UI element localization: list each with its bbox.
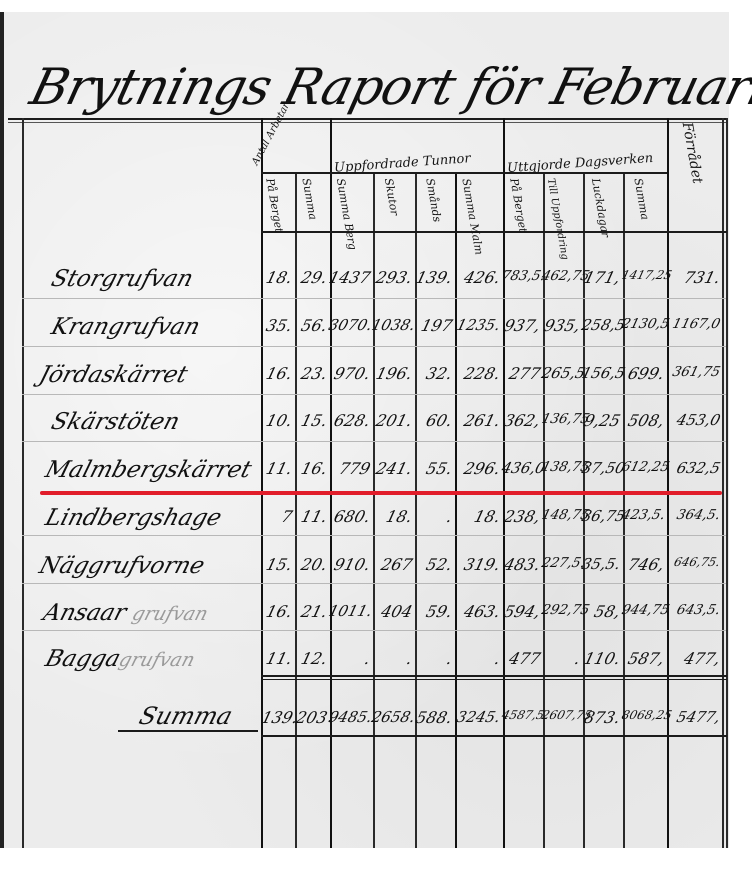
ledger-cell-pa_berget: 139. xyxy=(260,708,295,727)
row-label-ansaar: Ansaar grufvan xyxy=(40,600,211,626)
highlight-underline xyxy=(40,491,722,495)
ledger-cell-skutor: 1038. xyxy=(370,316,414,334)
row-guide xyxy=(22,630,726,631)
column-line xyxy=(667,118,669,848)
ledger-cell-forradet: 361,75 xyxy=(664,364,722,380)
ledger-cell-summa_arbetare: 12. xyxy=(292,649,330,668)
ledger-cell-uppfordring: 462,75 xyxy=(540,268,582,284)
ledger-cell-luckdagar: 873. xyxy=(580,708,623,727)
ledger-cell-forradet: 364,5. xyxy=(664,507,722,523)
ledger-cell-uppfordring: 136,75 xyxy=(540,411,582,427)
ledger-cell-dv_summa: 746, xyxy=(620,555,667,574)
ledger-cell-dv_pa_berget: 238, xyxy=(500,507,543,526)
ledger-cell-pa_berget: 35. xyxy=(260,316,295,335)
ledger-cell-dv_summa: 2130,5 xyxy=(620,316,666,332)
ledger-cell-pa_berget: 7 xyxy=(260,507,295,526)
ledger-cell-smands: 139. xyxy=(412,268,455,287)
row-label-summa: Summa xyxy=(136,702,236,730)
ledger-cell-dv_pa_berget: 4587,5. xyxy=(500,708,541,722)
ledger-cell-forradet: 477, xyxy=(664,649,723,668)
ledger-cell-malm: 426. xyxy=(452,268,503,287)
column-line xyxy=(261,118,263,848)
ledger-cell-malm: 296. xyxy=(452,459,503,478)
ledger-cell-uppfordring: 148,75 xyxy=(540,507,582,523)
title-rule-secondary xyxy=(8,122,728,123)
ledger-cell-malm: 18. xyxy=(452,507,503,526)
row-guide xyxy=(22,346,726,347)
ledger-cell-forradet: 731. xyxy=(664,268,723,287)
ledger-cell-skutor: 201. xyxy=(370,411,415,430)
ledger-cell-skutor: 404 xyxy=(370,602,415,621)
column-line xyxy=(503,118,505,848)
ledger-cell-dv_summa: 699. xyxy=(620,364,667,383)
total-rule-bottom xyxy=(261,735,727,737)
ledger-cell-pa_berget: 11. xyxy=(260,649,295,668)
ledger-cell-summa_arbetare: 15. xyxy=(292,411,330,430)
ledger-cell-dv_summa: 944,75 xyxy=(620,602,666,618)
ledger-cell-dv_pa_berget: 483. xyxy=(500,555,543,574)
ledger-cell-uppfordring: 227,5. xyxy=(540,555,582,571)
ledger-cell-malm: 3245. xyxy=(452,708,502,726)
ledger-cell-berg: 680. xyxy=(327,507,373,526)
row-guide xyxy=(22,583,726,584)
ledger-cell-luckdagar: 35,5. xyxy=(580,555,622,573)
header-bottom-rule xyxy=(261,231,727,233)
frame-right-line xyxy=(726,118,728,848)
ledger-cell-uppfordring: 2607,75 xyxy=(540,708,581,722)
ledger-cell-dv_pa_berget: 783,5. xyxy=(500,268,542,284)
ledger-cell-smands: . xyxy=(412,507,455,526)
ledger-cell-berg: 1011. xyxy=(327,602,372,620)
ledger-cell-skutor: 293. xyxy=(370,268,415,287)
ledger-cell-berg: 3070. xyxy=(327,316,372,334)
ledger-cell-forradet: 1167,0 xyxy=(664,316,722,332)
ledger-cell-uppfordring: 265,5 xyxy=(540,364,582,382)
ledger-cell-berg: 9485. xyxy=(327,708,372,726)
row-guide xyxy=(22,394,726,395)
row-label-lindbergshage: Lindbergshage xyxy=(42,505,224,531)
ledger-cell-dv_pa_berget: 277 xyxy=(500,364,543,383)
row-label-jordaskarret: Jördaskärret xyxy=(36,362,190,388)
ledger-cell-dv_pa_berget: 594, xyxy=(500,602,543,621)
ledger-cell-uppfordring: 292,75 xyxy=(540,602,582,618)
ledger-cell-summa_arbetare: 29. xyxy=(292,268,330,287)
subheader-rule xyxy=(261,172,667,174)
ledger-cell-pa_berget: 18. xyxy=(260,268,295,287)
title-rule xyxy=(8,118,728,120)
ledger-cell-luckdagar: 9,25 xyxy=(580,411,623,430)
ledger-cell-luckdagar: 110. xyxy=(580,649,623,668)
ledger-cell-berg: 1437 xyxy=(327,268,373,287)
ledger-cell-berg: 628. xyxy=(327,411,373,430)
ledger-cell-malm: 319. xyxy=(452,555,503,574)
ledger-cell-smands: 60. xyxy=(412,411,455,430)
ledger-cell-pa_berget: 15. xyxy=(260,555,295,574)
ledger-cell-summa_arbetare: 20. xyxy=(292,555,330,574)
ledger-cell-uppfordring: 138,75 xyxy=(540,459,582,475)
column-line xyxy=(722,118,724,848)
ledger-cell-dv_pa_berget: 937, xyxy=(500,316,543,335)
ledger-cell-forradet: 643,5. xyxy=(664,602,722,618)
ledger-cell-uppfordring: 935, xyxy=(540,316,583,335)
ledger-cell-smands: . xyxy=(412,649,455,668)
ledger-cell-malm: 463. xyxy=(452,602,503,621)
ledger-cell-summa_arbetare: 21. xyxy=(292,602,330,621)
ledger-cell-pa_berget: 16. xyxy=(260,364,295,383)
column-line xyxy=(330,118,332,848)
ledger-cell-smands: 32. xyxy=(412,364,455,383)
ledger-cell-luckdagar: 36,75 xyxy=(580,507,622,525)
ledger-cell-dv_summa: 587, xyxy=(620,649,667,668)
ledger-cell-summa_arbetare: 56. xyxy=(292,316,330,335)
ledger-cell-summa_arbetare: 16. xyxy=(292,459,330,478)
ledger-cell-malm: 261. xyxy=(452,411,503,430)
ledger-cell-dv_pa_berget: 362, xyxy=(500,411,543,430)
row-guide xyxy=(22,298,726,299)
ledger-cell-skutor: . xyxy=(370,649,415,668)
ledger-cell-smands: 59. xyxy=(412,602,455,621)
ledger-cell-berg: 779 xyxy=(327,459,373,478)
row-label-bagga: Baggagrufvan xyxy=(42,646,198,672)
ledger-cell-summa_arbetare: 203 xyxy=(292,708,330,727)
title-text: Brytnings Raport för Februarii Månad 185… xyxy=(25,58,752,116)
row-label-storgrufvan: Storgrufvan xyxy=(48,266,196,292)
ledger-cell-forradet: 646,75. xyxy=(664,555,721,569)
row-label-krangrufvan: Krangrufvan xyxy=(48,314,203,340)
ledger-cell-forradet: 453,0 xyxy=(664,411,722,429)
ledger-cell-berg: 970. xyxy=(327,364,373,383)
row-label-malmbergskarret: Malmbergskärret xyxy=(42,457,254,483)
total-rule-top-secondary xyxy=(261,679,727,680)
ledger-cell-luckdagar: 37,50 xyxy=(580,459,622,477)
summa-underline xyxy=(118,730,258,732)
row-label-skarstoten: Skärstöten xyxy=(48,409,182,435)
ledger-cell-malm: 1235. xyxy=(452,316,502,334)
ledger-cell-skutor: 18. xyxy=(370,507,415,526)
ledger-cell-luckdagar: 156,5 xyxy=(580,364,622,382)
ledger-cell-berg: 910. xyxy=(327,555,373,574)
ledger-cell-berg: . xyxy=(327,649,373,668)
total-rule-top xyxy=(261,675,727,677)
ledger-cell-forradet: 5477, xyxy=(664,708,722,726)
ledger-cell-skutor: 241. xyxy=(370,459,415,478)
ledger-cell-dv_pa_berget: 436,0 xyxy=(500,459,542,477)
ledger-cell-dv_summa: 1417,25 xyxy=(620,268,665,282)
ledger-cell-malm: 228. xyxy=(452,364,503,383)
ledger-cell-skutor: 267 xyxy=(370,555,415,574)
ledger-cell-dv_summa: 423,5. xyxy=(620,507,666,523)
row-guide xyxy=(22,535,726,536)
ledger-cell-smands: 55. xyxy=(412,459,455,478)
row-label-naggrufvorne: Näggrufvorne xyxy=(36,553,207,579)
frame-left-line xyxy=(22,118,24,848)
ledger-cell-pa_berget: 11. xyxy=(260,459,295,478)
ledger-cell-dv_summa: 8068,25 xyxy=(620,708,665,722)
ledger-cell-pa_berget: 16. xyxy=(260,602,295,621)
ledger-cell-dv_summa: 612,25 xyxy=(620,459,666,475)
ledger-cell-dv_summa: 508, xyxy=(620,411,667,430)
ledger-cell-skutor: 2658. xyxy=(370,708,414,726)
ledger-cell-luckdagar: 258,5 xyxy=(580,316,622,334)
ledger-cell-smands: 588. xyxy=(412,708,455,727)
ledger-cell-smands: 197 xyxy=(412,316,455,335)
ledger-cell-luckdagar: 171, xyxy=(580,268,623,287)
ledger-cell-luckdagar: 58, xyxy=(580,602,623,621)
ledger-cell-uppfordring: . xyxy=(540,649,583,668)
ledger-cell-forradet: 632,5 xyxy=(664,459,722,477)
ledger-cell-skutor: 196. xyxy=(370,364,415,383)
ledger-cell-smands: 52. xyxy=(412,555,455,574)
ledger-cell-summa_arbetare: 11. xyxy=(292,507,330,526)
ledger-cell-pa_berget: 10. xyxy=(260,411,295,430)
row-guide xyxy=(22,441,726,442)
ledger-cell-summa_arbetare: 23. xyxy=(292,364,330,383)
page-title: Brytnings Raport för Februarii Månad 185… xyxy=(14,38,734,118)
page-binding-edge xyxy=(0,12,4,848)
ledger-cell-malm: . xyxy=(452,649,503,668)
ledger-cell-dv_pa_berget: 477 xyxy=(500,649,543,668)
